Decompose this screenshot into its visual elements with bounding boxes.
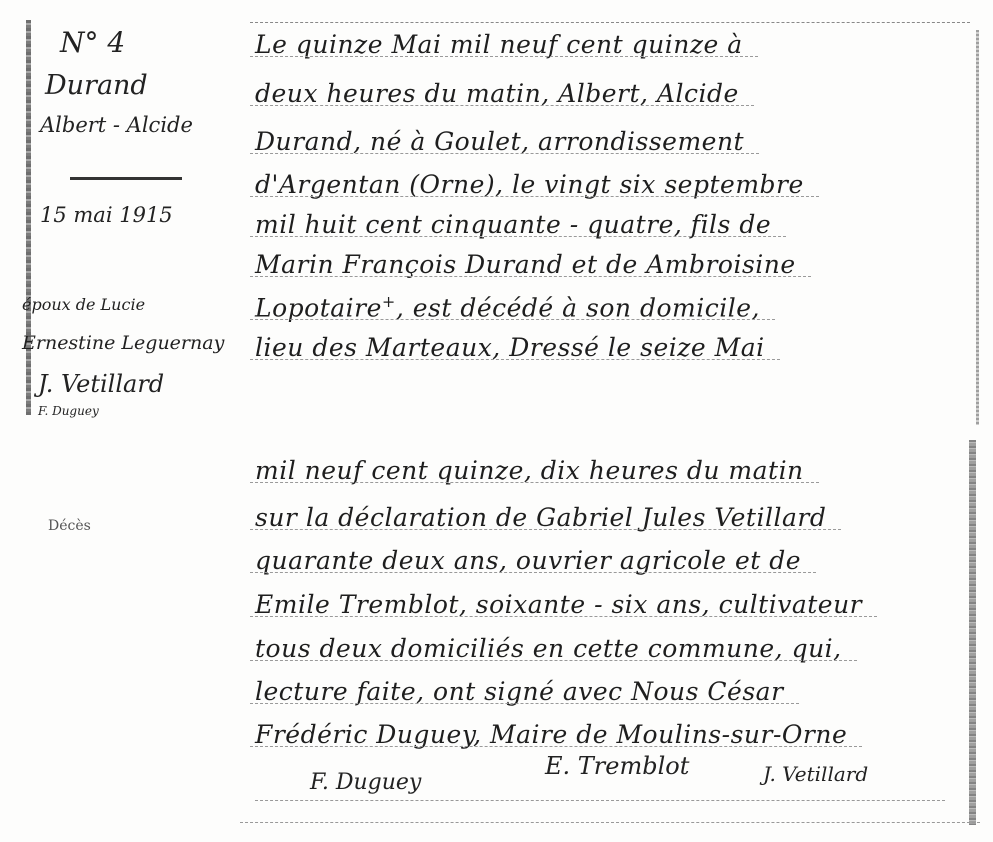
body-line: lecture faite, ont signé avec Nous César <box>255 677 784 706</box>
margin-signature-duguey: F. Duguey <box>38 404 99 418</box>
body-line: quarante deux ans, ouvrier agricole et d… <box>255 546 801 575</box>
signature-baseline <box>255 800 945 801</box>
cross-mark: + <box>382 292 396 311</box>
body-line: Marin François Durand et de Ambroisine <box>255 250 796 279</box>
body-line-with-cross: Lopotaire+, est décédé à son domicile, <box>255 292 760 322</box>
body-line: d'Argentan (Orne), le vingt six septembr… <box>255 170 804 199</box>
spouse-note-line-2: Ernestine Leguernay <box>22 332 224 354</box>
signature-mayor: F. Duguey <box>310 770 421 795</box>
deces-annotation: Décès <box>48 518 91 534</box>
record-number: N° 4 <box>60 26 125 59</box>
bottom-rule <box>240 822 980 823</box>
body-line: tous deux domiciliés en cette commune, q… <box>255 634 842 663</box>
document-page: N° 4 Durand Albert - Alcide 15 mai 1915 … <box>0 0 993 842</box>
body-line: Le quinze Mai mil neuf cent quinze à <box>255 30 743 59</box>
body-line: Durand, né à Goulet, arrondissement <box>255 127 744 156</box>
signature-tremblot: E. Tremblot <box>545 752 689 780</box>
record-surname: Durand <box>45 70 148 101</box>
body-line: deux heures du matin, Albert, Alcide <box>255 79 739 108</box>
margin-divider <box>70 177 182 180</box>
right-border-top <box>976 30 979 425</box>
top-rule <box>250 22 970 23</box>
margin-border <box>26 20 31 415</box>
spouse-note-line-1: époux de Lucie <box>22 295 145 314</box>
body-line-text: , est décédé à son domicile, <box>396 293 760 322</box>
margin-signature-vetillard: J. Vetillard <box>38 370 164 398</box>
record-date: 15 mai 1915 <box>40 203 173 227</box>
body-line: Frédéric Duguey, Maire de Moulins-sur-Or… <box>255 720 847 749</box>
body-line: mil huit cent cinquante - quatre, fils d… <box>255 210 771 239</box>
signature-vetillard: J. Vetillard <box>763 762 868 786</box>
body-line: lieu des Marteaux, Dressé le seize Mai <box>255 333 765 362</box>
body-line: mil neuf cent quinze, dix heures du mati… <box>255 456 804 485</box>
right-border-bottom <box>969 440 976 825</box>
body-line-text: Lopotaire <box>255 293 382 322</box>
record-given-names: Albert - Alcide <box>40 113 193 137</box>
body-line: sur la déclaration de Gabriel Jules Veti… <box>255 503 826 532</box>
body-line: Emile Tremblot, soixante - six ans, cult… <box>255 590 862 619</box>
